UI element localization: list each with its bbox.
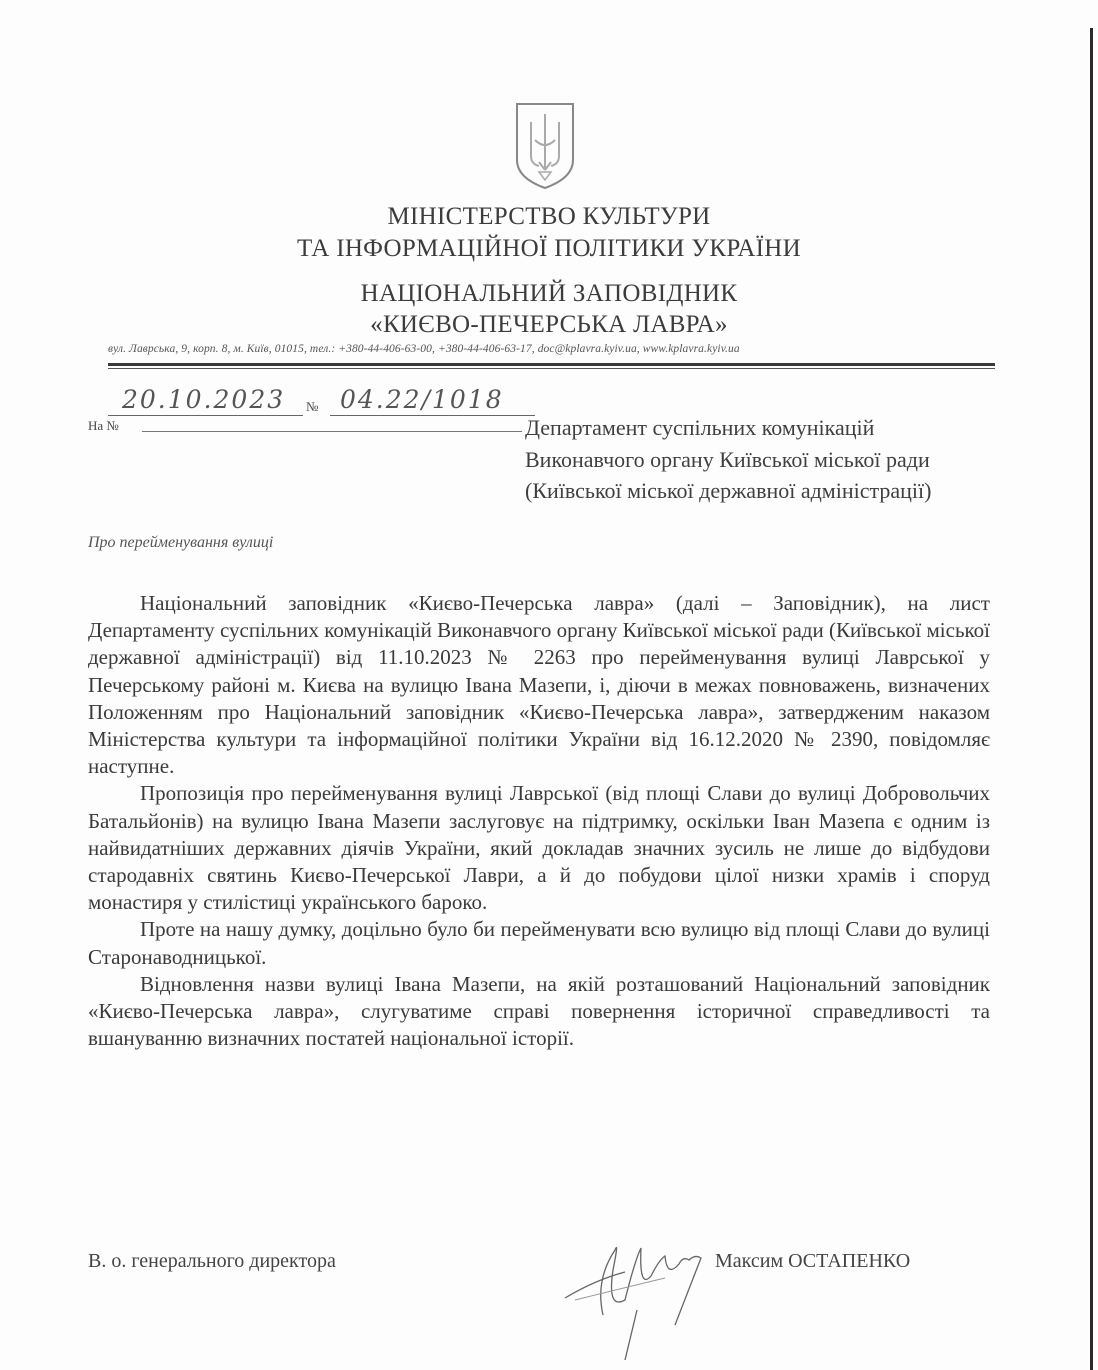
ministry-name-line2: ТА ІНФОРМАЦІЙНОЇ ПОЛІТИКИ УКРАЇНИ: [0, 235, 1098, 263]
registration-line: 20.10.2023 № 04.22/1018: [108, 385, 528, 425]
header-divider-thin: [108, 368, 995, 369]
letter-subject: Про перейменування вулиці: [88, 534, 273, 552]
body-paragraph: Національний заповідник «Києво-Печерська…: [88, 590, 990, 780]
number-underline: [330, 415, 535, 416]
outgoing-date: 20.10.2023: [122, 385, 285, 414]
signatory-role: В. о. генерального директора: [88, 1250, 336, 1273]
signatory-name: Максим ОСТАПЕНКО: [715, 1250, 910, 1273]
outgoing-number: 04.22/1018: [340, 385, 504, 414]
letter-body: Національний заповідник «Києво-Печерська…: [88, 590, 990, 1052]
recipient-address: Департамент суспільних комунікацій Викон…: [525, 412, 995, 507]
handwritten-signature-icon: [555, 1220, 735, 1360]
date-underline: [108, 415, 303, 416]
contact-details: вул. Лаврська, 9, корп. 8, м. Київ, 0101…: [108, 343, 988, 355]
header-divider-thick: [108, 363, 995, 366]
coat-of-arms-icon: [513, 100, 577, 192]
number-label: №: [306, 399, 318, 415]
body-paragraph: Проте на нашу думку, доцільно було би пе…: [88, 916, 990, 970]
reply-to-underline: [142, 431, 522, 432]
ministry-name-line1: МІНІСТЕРСТВО КУЛЬТУРИ: [0, 203, 1098, 231]
reply-to-label: На №: [88, 418, 119, 434]
body-paragraph: Пропозиція про перейменування вулиці Лав…: [88, 780, 990, 916]
reserve-name-line1: НАЦІОНАЛЬНИЙ ЗАПОВІДНИК: [0, 280, 1098, 308]
reserve-name-line2: «КИЄВО-ПЕЧЕРСЬКА ЛАВРА»: [0, 311, 1098, 339]
body-paragraph: Відновлення назви вулиці Івана Мазепи, н…: [88, 971, 990, 1053]
